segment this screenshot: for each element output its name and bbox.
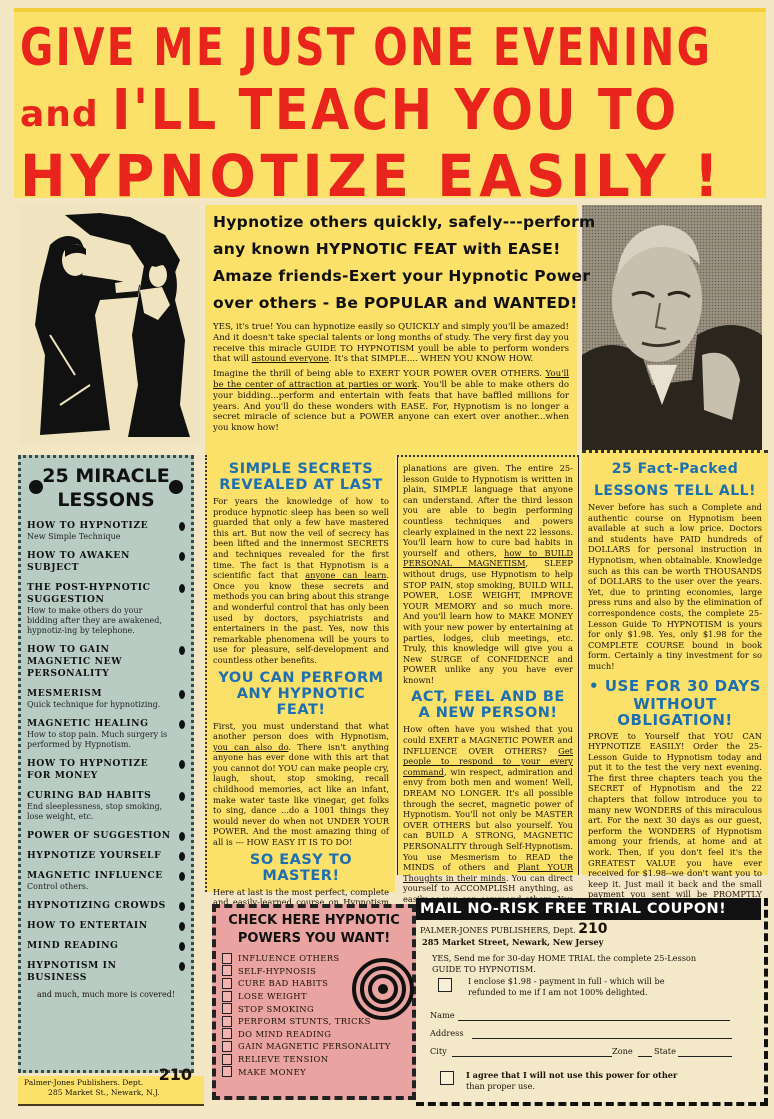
intro-paragraph-2: Imagine the thrill of being able to EXER… [213,369,569,434]
lesson-item: HOW TO ENTERTAIN [27,920,185,932]
lesson-item: HOW TO HYPNOTIZE FOR MONEY [27,758,185,782]
perform-feat-text: First, you must understand that what ano… [213,721,389,848]
explanations-text: planations are given. The entire 25-less… [403,463,573,685]
power-label: SELF-HYPNOSIS [238,966,316,976]
lesson-item: HOW TO GAIN MAGNETIC NEW PERSONALITY [27,644,185,680]
subhead-perform-feat: YOU CAN PERFORM ANY HYPNOTIC FEAT! [213,670,389,718]
power-label: MAKE MONEY [238,1067,306,1077]
coupon-enclose-line-1: I enclose $1.98 - payment in full - whic… [468,976,665,987]
agree-proper-use-checkbox[interactable] [440,1071,454,1085]
power-option[interactable]: MAKE MONEY [222,1065,406,1078]
power-option[interactable]: DO MIND READING [222,1028,406,1041]
coupon-publisher: PALMER-JONES PUBLISHERS, Dept. 210 [420,924,608,936]
power-label: GAIN MAGNETIC PERSONALITY [238,1041,391,1051]
bullet-diamond-icon [179,852,185,861]
bullet-diamond-icon [179,962,185,971]
hypnotist-scene-icon [20,205,200,445]
bullet-diamond-icon [179,792,185,801]
enclose-payment-checkbox[interactable] [438,978,452,992]
address-field[interactable] [472,1038,732,1039]
bullet-diamond-icon [179,922,185,931]
headline-line-2: I'LL TEACH YOU TO [112,78,679,143]
lesson-title: HOW TO GAIN MAGNETIC NEW PERSONALITY [27,644,173,680]
subhead-easy-to-master: SO EASY TO MASTER! [213,852,389,884]
bullet-diamond-icon [179,522,185,531]
lessons-list: HOW TO HYPNOTIZENew Simple TechniqueHOW … [27,520,185,984]
author-portrait-photo [582,205,762,450]
power-label: INFLUENCE OTHERS [238,953,340,963]
lesson-item: HYPNOTIZE YOURSELF [27,850,185,862]
lesson-title: THE POST-HYPNOTIC SUGGESTION [27,582,173,606]
lesson-title: MAGNETIC INFLUENCE [27,870,173,882]
column-simple-secrets: SIMPLE SECRETS REVEALED AT LAST For year… [205,455,395,892]
lessons-more-text: and much, much more is covered! [27,990,185,999]
bullet-diamond-icon [179,646,185,655]
lesson-item: HOW TO AWAKEN SUBJECT [27,550,185,574]
bullet-dot-icon [29,480,43,494]
free-trial-coupon: MAIL NO-RISK FREE TRIAL COUPON! PALMER-J… [416,898,768,1106]
lesson-description: End sleeplessness, stop smoking, lose we… [27,802,173,822]
new-person-text: How often have you wished that you could… [403,724,573,925]
power-label: PERFORM STUNTS, TRICKS [238,1016,371,1026]
bullet-diamond-icon [179,902,185,911]
lesson-item: HOW TO HYPNOTIZENew Simple Technique [27,520,185,542]
bullet-diamond-icon [179,552,185,561]
agree-line-1: I agree that I will not use this power f… [466,1070,677,1081]
power-label: DO MIND READING [238,1029,331,1039]
headline-banner: GIVE ME JUST ONE EVENING and I'LL TEACH … [14,8,766,198]
zone-field[interactable] [638,1056,652,1057]
subhead-30-days: • USE FOR 30 DAYS [588,678,762,694]
hypnotic-spiral-target-icon [352,958,414,1020]
miracle-lessons-panel: 25 MIRACLE LESSONS HOW TO HYPNOTIZENew S… [18,455,194,1073]
subhead-fact-packed: 25 Fact-Packed [588,461,762,477]
checklist-title: CHECK HERE HYPNOTIC POWERS YOU WANT! [222,912,406,948]
fact-packed-text: Never before has such a Complete and aut… [588,502,762,672]
power-checkbox[interactable] [222,991,232,1002]
power-checkbox[interactable] [222,1003,232,1014]
address-label: Address [430,1028,464,1039]
power-checkbox[interactable] [222,1041,232,1052]
lesson-item: MIND READING [27,940,185,952]
name-label: Name [430,1010,455,1021]
power-checkbox[interactable] [222,965,232,976]
power-label: LOSE WEIGHT [238,991,307,1001]
bullet-diamond-icon [179,832,185,841]
power-label: STOP SMOKING [238,1004,314,1014]
city-label: City [430,1046,447,1057]
lesson-item: MAGNETIC HEALINGHow to stop pain. Much s… [27,718,185,750]
lesson-item: THE POST-HYPNOTIC SUGGESTIONHow to make … [27,582,185,636]
power-option[interactable]: RELIEVE TENSION [222,1053,406,1066]
power-checkbox[interactable] [222,1016,232,1027]
power-label: RELIEVE TENSION [238,1054,329,1064]
coupon-address: 285 Market Street, Newark, New Jersey [422,937,603,948]
lesson-title: HYPNOTIZING CROWDS [27,900,173,912]
lesson-title: HOW TO HYPNOTIZE [27,520,173,532]
dept-number: 210 [159,1070,192,1080]
bullet-diamond-icon [179,720,185,729]
lesson-description: How to make others do your bidding after… [27,606,173,636]
lesson-description: How to stop pain. Much surgery is perfor… [27,730,173,750]
lesson-title: HOW TO HYPNOTIZE FOR MONEY [27,758,173,782]
column-fact-packed: 25 Fact-Packed LESSONS TELL ALL! Never b… [582,450,768,875]
lesson-title: MIND READING [27,940,173,952]
lessons-title: 25 MIRACLE LESSONS [27,464,185,512]
coupon-enclose-line-2: refunded to me if I am not 100% delighte… [468,987,648,998]
bullet-diamond-icon [179,690,185,699]
hypnotist-illustration [20,205,200,445]
lesson-item: CURING BAD HABITSEnd sleeplessness, stop… [27,790,185,822]
lesson-title: HYPNOTIZE YOURSELF [27,850,173,862]
column-act-feel: planations are given. The entire 25-less… [397,455,579,875]
coupon-yes-line-1: YES, Send me for 30-day HOME TRIAL the c… [432,953,696,964]
lesson-item: MAGNETIC INFLUENCEControl others. [27,870,185,892]
bullet-diamond-icon [179,760,185,769]
agree-line-2: than proper use. [466,1081,535,1092]
bullet-diamond-icon [179,942,185,951]
state-field[interactable] [678,1056,732,1057]
intro-headline-3: Amaze friends-Exert your Hypnotic Power [213,263,569,290]
subhead-without-obligation: WITHOUT OBLIGATION! [588,696,762,728]
power-checkbox[interactable] [222,1066,232,1077]
intro-headline-2: any known HYPNOTIC FEAT with EASE! [213,236,569,263]
power-option[interactable]: GAIN MAGNETIC PERSONALITY [222,1040,406,1053]
lesson-description: New Simple Technique [27,532,173,542]
subhead-new-person: ACT, FEEL AND BE A NEW PERSON! [403,689,573,721]
headline-line-2-prefix: and [20,94,99,135]
intro-section: Hypnotize others quickly, safely---perfo… [205,205,577,455]
lesson-item: HYPNOTIZING CROWDS [27,900,185,912]
power-label: CURE BAD HABITS [238,978,328,988]
lesson-description: Quick technique for hypnotizing. [27,700,173,710]
city-field[interactable] [452,1056,612,1057]
portrait-man-icon [582,205,762,450]
lesson-title: HYPNOTISM IN BUSINESS [27,960,173,984]
lesson-title: HOW TO ENTERTAIN [27,920,173,932]
intro-headline-1: Hypnotize others quickly, safely---perfo… [213,209,569,236]
state-label: State [654,1046,676,1057]
headline-line-3: HYPNOTIZE EASILY ! [20,142,723,210]
lesson-item: POWER OF SUGGESTION [27,830,185,842]
bullet-dot-icon [169,480,183,494]
coupon-yes-line-2: GUIDE TO HYPNOTISM. [432,964,536,975]
power-checkbox[interactable] [222,1054,232,1065]
power-checkbox[interactable] [222,1028,232,1039]
bullet-diamond-icon [179,584,185,593]
bullet-diamond-icon [179,872,185,881]
lesson-item: HYPNOTISM IN BUSINESS [27,960,185,984]
subhead-tell-all: LESSONS TELL ALL! [588,483,762,499]
lesson-item: MESMERISMQuick technique for hypnotizing… [27,688,185,710]
lesson-title: POWER OF SUGGESTION [27,830,173,842]
lesson-title: MAGNETIC HEALING [27,718,173,730]
power-checkbox[interactable] [222,953,232,964]
publisher-footer: Palmer-Jones Publishers. Dept. 285 Marke… [18,1076,204,1106]
lesson-title: HOW TO AWAKEN SUBJECT [27,550,173,574]
intro-headline-4: over others - Be POPULAR and WANTED! [213,290,569,317]
headline-line-1: GIVE ME JUST ONE EVENING [20,18,712,78]
lesson-title: CURING BAD HABITS [27,790,173,802]
name-field[interactable] [458,1020,730,1021]
lesson-title: MESMERISM [27,688,173,700]
subhead-simple-secrets: SIMPLE SECRETS REVEALED AT LAST [213,461,389,493]
power-checkbox[interactable] [222,978,232,989]
intro-paragraph-1: YES, it's true! You can hypnotize easily… [213,322,569,365]
lesson-description: Control others. [27,882,173,892]
simple-secrets-text: For years the knowledge of how to produc… [213,496,389,666]
coupon-header: MAIL NO-RISK FREE TRIAL COUPON! [416,898,761,920]
zone-label: Zone [612,1046,633,1057]
